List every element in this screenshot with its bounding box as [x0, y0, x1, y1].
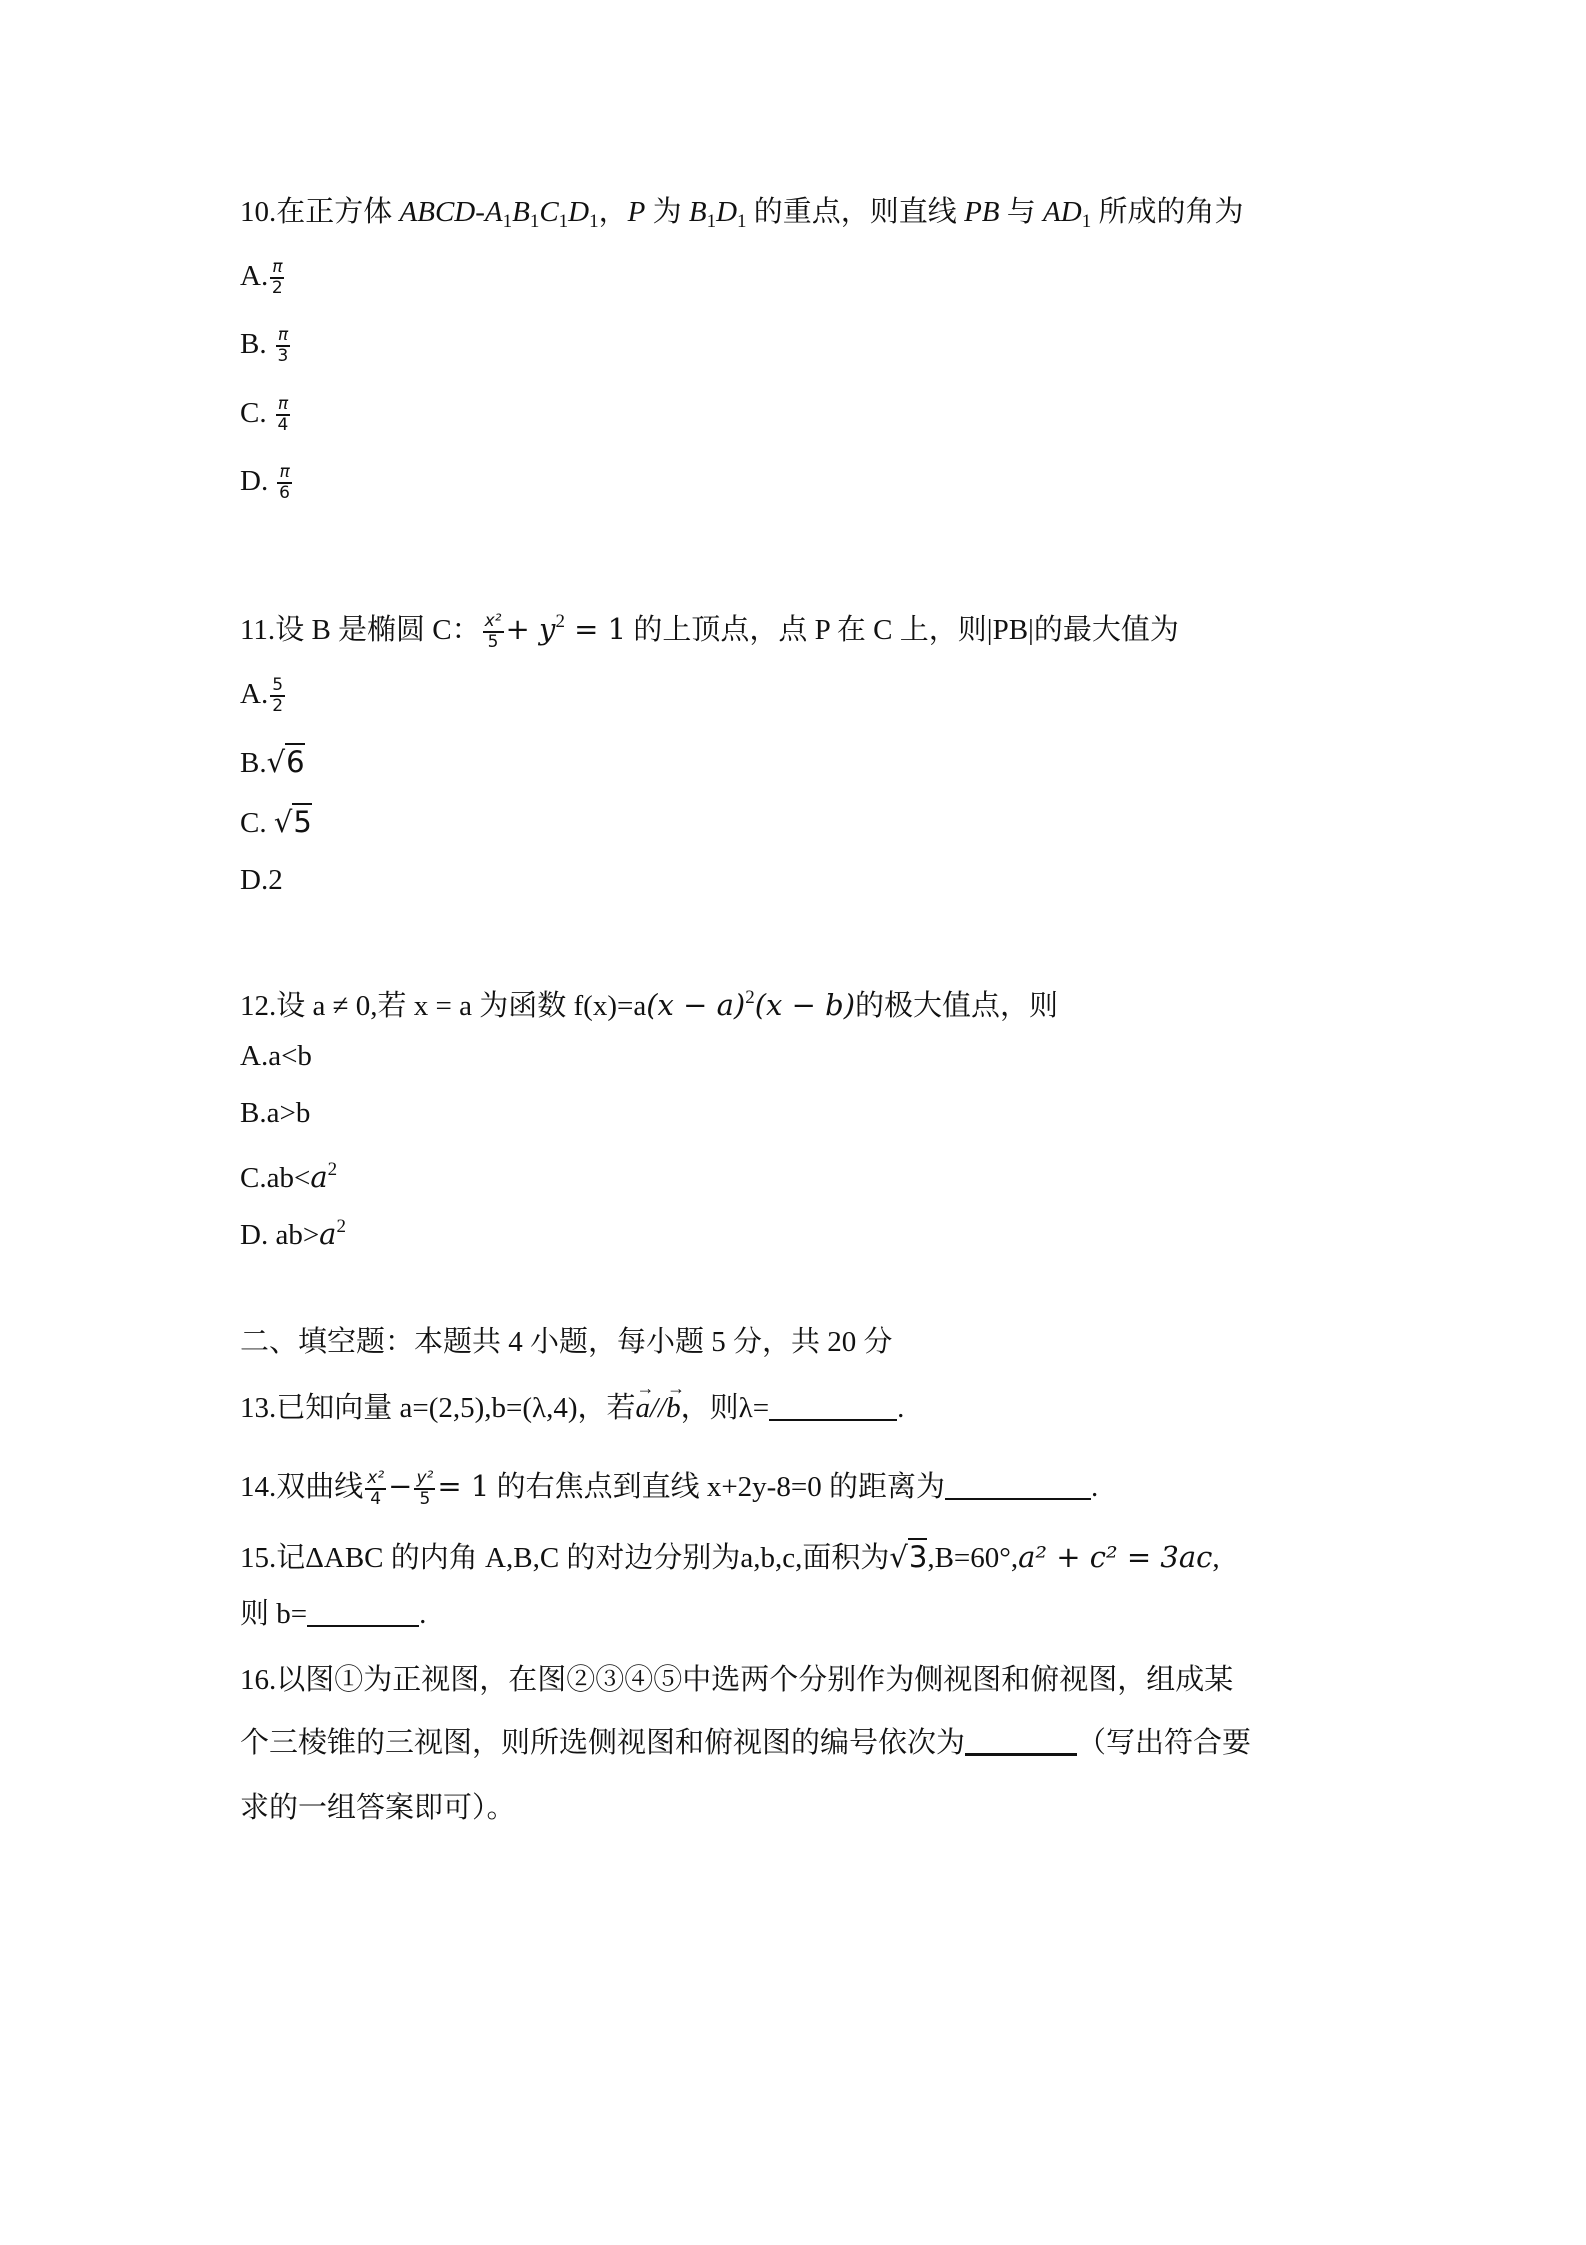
operator: − [388, 1469, 412, 1503]
math-term: y [539, 612, 555, 646]
subscript: 1 [503, 211, 513, 232]
exam-page: 10.在正方体 ABCD-A1B1C1D1，P 为 B1D1 的重点，则直线 P… [0, 0, 1586, 2245]
stem-text: ,B=60°, [927, 1542, 1018, 1574]
question-11-option-d: D.2 [240, 860, 283, 900]
question-number: 11. [240, 614, 275, 646]
fraction: π6 [277, 463, 291, 503]
radicand: 5 [292, 803, 311, 839]
denominator: 3 [276, 347, 290, 366]
stem-text: 的右焦点到直线 x+2y-8=0 的距离为 [489, 1471, 945, 1503]
radicand: 6 [285, 743, 304, 779]
stem-text: 在正方体 [276, 196, 392, 228]
numerator: y² [414, 1469, 435, 1490]
option-label: D.2 [240, 864, 283, 896]
superscript: 2 [745, 987, 755, 1008]
stem-text: 14.双曲线 [240, 1471, 363, 1503]
subscript: 1 [737, 211, 747, 232]
subscript: 1 [707, 211, 717, 232]
question-10-option-c: C. π4 [240, 393, 292, 435]
square-root: √3 [889, 1538, 927, 1574]
question-10-option-b: B. π3 [240, 324, 292, 366]
stem-text: 个三棱锥的三视图，则所选侧视图和俯视图的编号依次为 [240, 1727, 965, 1759]
option-label: D. ab> [240, 1219, 319, 1251]
superscript: 2 [555, 611, 565, 632]
stem-text: 则 b= [240, 1598, 307, 1630]
question-11-option-c: C. √5 [240, 802, 312, 843]
question-16-line-1: 16.以图①为正视图，在图②③④⑤中选两个分别作为侧视图和俯视图，组成某 [240, 1660, 1233, 1700]
stem-text: 所成的角为 [1091, 196, 1243, 228]
square-root: √5 [274, 803, 312, 839]
option-label: C.ab< [240, 1162, 310, 1194]
question-10-option-d: D. π6 [240, 461, 294, 503]
question-13: 13.已知向量 a=(2,5),b=(λ,4)，若a//b，则λ=. [240, 1388, 904, 1428]
numerator: π [277, 463, 291, 484]
question-16-line-2: 个三棱锥的三视图，则所选侧视图和俯视图的编号依次为（写出符合要 [240, 1723, 1251, 1763]
vector-a: a [636, 1388, 651, 1428]
question-12-option-d: D. ab>a2 [240, 1207, 346, 1255]
math-term: a [310, 1160, 327, 1194]
question-12-stem: 12.设 a ≠ 0,若 x = a 为函数 f(x)=a(x − a)2(x … [240, 978, 1058, 1026]
answer-blank[interactable] [965, 1723, 1077, 1756]
operator: + [506, 612, 540, 646]
option-label: A. [240, 678, 268, 710]
stem-text: 13.已知向量 a=(2,5),b=(λ,4)，若 [240, 1392, 636, 1424]
vector-b: b [666, 1388, 681, 1428]
option-label: C. [240, 807, 274, 839]
stem-text: ，则λ= [681, 1392, 769, 1424]
question-16-line-3: 求的一组答案即可）。 [240, 1788, 516, 1828]
math-expression: a² + c² = 3ac [1018, 1540, 1212, 1574]
math-term: a [319, 1217, 336, 1251]
fraction: π3 [276, 326, 290, 366]
subscript: 1 [559, 211, 569, 232]
punctuation: . [1091, 1471, 1098, 1503]
math-term: B [689, 196, 707, 228]
punctuation: ， [599, 196, 628, 228]
math-expression: (x − a) [646, 988, 745, 1022]
stem-text: 设 B 是椭圆 C： [275, 614, 480, 646]
question-12-option-a: A.a<b [240, 1036, 312, 1076]
numerator: π [276, 395, 290, 416]
option-label: C. [240, 397, 274, 429]
question-11-option-a: A.52 [240, 674, 287, 716]
stem-text: （写出符合要 [1077, 1727, 1251, 1759]
fraction: π4 [276, 395, 290, 435]
math-expression: (x − b) [755, 988, 855, 1022]
subscript: 1 [530, 211, 540, 232]
question-12-option-b: B.a>b [240, 1093, 310, 1133]
question-14: 14.双曲线x²4−y²5= 1 的右焦点到直线 x+2y-8=0 的距离为. [240, 1466, 1098, 1509]
question-10-option-a: A.π2 [240, 256, 286, 298]
denominator: 4 [365, 1490, 386, 1509]
subscript: 1 [589, 211, 599, 232]
denominator: 6 [277, 484, 291, 503]
stem-text: 的重点，则直线 [747, 196, 965, 228]
equation-rhs: = 1 [565, 612, 626, 646]
denominator: 5 [414, 1490, 435, 1509]
subscript: 1 [1082, 211, 1092, 232]
answer-blank[interactable] [307, 1595, 419, 1627]
option-label: A.a<b [240, 1040, 312, 1072]
fraction: y²5 [414, 1469, 435, 1509]
math-term: PB [964, 196, 999, 228]
answer-blank[interactable] [945, 1468, 1091, 1500]
question-15-line-1: 15.记ΔABC 的内角 A,B,C 的对边分别为a,b,c,面积为√3,B=6… [240, 1537, 1220, 1578]
fraction: 52 [270, 676, 285, 716]
option-label: B. [240, 747, 267, 779]
question-10-stem: 10.在正方体 ABCD-A1B1C1D1，P 为 B1D1 的重点，则直线 P… [240, 192, 1243, 242]
denominator: 5 [483, 633, 504, 652]
math-term: D [716, 196, 737, 228]
math-term: D [568, 196, 589, 228]
math-term: C [539, 196, 558, 228]
fraction: x²4 [365, 1469, 386, 1509]
radicand: 3 [908, 1538, 927, 1574]
question-number: 10. [240, 196, 276, 228]
numerator: x² [365, 1469, 386, 1490]
option-label: D. [240, 465, 275, 497]
denominator: 2 [270, 279, 284, 298]
question-11-stem: 11.设 B 是椭圆 C：x²5+ y2 = 1 的上顶点，点 P 在 C 上，… [240, 602, 1179, 652]
stem-text: 的上顶点，点 P 在 C 上，则|PB|的最大值为 [626, 614, 1179, 646]
option-label: B.a>b [240, 1097, 310, 1129]
numerator: x² [483, 612, 504, 633]
question-11-option-b: B.√6 [240, 742, 305, 783]
stem-text: 15.记ΔABC 的内角 A,B,C 的对边分别为a,b,c,面积为 [240, 1542, 889, 1574]
stem-text: 设 a ≠ 0,若 x = a 为函数 f(x)=a [276, 990, 646, 1022]
superscript: 2 [336, 1216, 346, 1237]
math-term: ABCD-A [400, 196, 503, 228]
option-label: B. [240, 328, 274, 360]
option-label: A. [240, 260, 268, 292]
numerator: π [276, 326, 290, 347]
section-heading: 二、填空题：本题共 4 小题，每小题 5 分，共 20 分 [240, 1322, 893, 1362]
stem-text: 与 [1000, 196, 1044, 228]
punctuation: . [897, 1392, 904, 1424]
stem-text: 为 [645, 196, 689, 228]
superscript: 2 [328, 1159, 338, 1180]
math-term: P [628, 196, 646, 228]
answer-blank[interactable] [769, 1389, 897, 1421]
question-12-option-c: C.ab<a2 [240, 1150, 337, 1198]
numerator: π [270, 258, 284, 279]
denominator: 2 [270, 697, 285, 716]
punctuation: , [1212, 1542, 1219, 1574]
denominator: 4 [276, 416, 290, 435]
math-term: AD [1043, 196, 1082, 228]
equation-rhs: = 1 [437, 1469, 489, 1503]
square-root: √6 [267, 743, 305, 779]
fraction: π2 [270, 258, 284, 298]
question-15-line-2: 则 b=. [240, 1594, 426, 1634]
punctuation: . [419, 1598, 426, 1630]
stem-text: 的极大值点，则 [855, 990, 1058, 1022]
question-number: 12. [240, 990, 276, 1022]
math-term: B [512, 196, 530, 228]
numerator: 5 [270, 676, 285, 697]
fraction: x²5 [483, 612, 504, 652]
